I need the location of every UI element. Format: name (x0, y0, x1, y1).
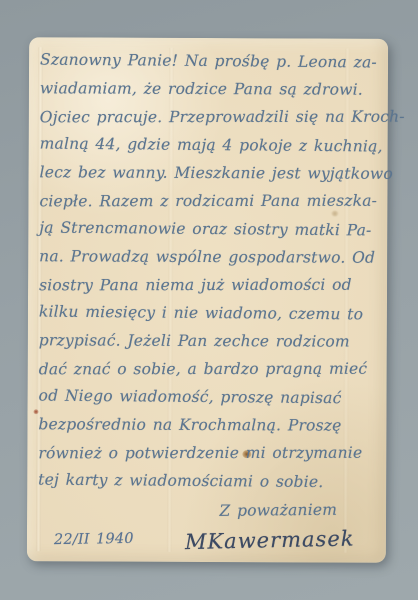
letter-line: przypisać. Jeżeli Pan zechce rodzicom (39, 326, 376, 355)
letter-line: tej karty z wiadomościami o sobie. (38, 466, 375, 497)
letter-line: dać znać o sobie, a bardzo pragną mieć (39, 355, 376, 384)
letter-line: ją Strencmanowie oraz siostry matki Pa- (39, 214, 376, 245)
letter-line: kilku miesięcy i nie wiadomo, czemu to (39, 298, 376, 329)
letter-line: Ojciec pracuje. Przeprowadzili się na Kr… (40, 103, 377, 132)
letter-footer: 22/II 1940 MKawermasek (38, 525, 375, 554)
letter-line: lecz bez wanny. Mieszkanie jest wyjątkow… (39, 158, 376, 187)
letter-line: wiadamiam, że rodzice Pana są zdrowi. (40, 74, 377, 103)
letter-line: malną 44, gdzie mają 4 pokoje z kuchnią, (40, 130, 377, 161)
postcard-paper: Szanowny Panie! Na prośbę p. Leona za- w… (27, 37, 388, 563)
letter-signature: MKawermasek (185, 524, 355, 556)
letter-line: na. Prowadzą wspólne gospodarstwo. Od (39, 242, 376, 271)
letter-line: od Niego wiadomość, proszę napisać (38, 382, 375, 413)
letter-body: Szanowny Panie! Na prośbę p. Leona za- w… (38, 46, 377, 554)
letter-line: siostry Pana niema już wiadomości od (39, 271, 376, 300)
letter-line: bezpośrednio na Krochmalną. Proszę (38, 410, 375, 439)
photo-background: Szanowny Panie! Na prośbę p. Leona za- w… (0, 0, 418, 600)
letter-closing: Z poważaniem (38, 495, 375, 526)
letter-line: Szanowny Panie! Na prośbę p. Leona za- (40, 46, 377, 77)
letter-line: również o potwierdzenie mi otrzymanie (38, 439, 375, 468)
letter-line: ciepłe. Razem z rodzicami Pana mieszka- (39, 187, 376, 216)
letter-date: 22/II 1940 (54, 525, 134, 554)
